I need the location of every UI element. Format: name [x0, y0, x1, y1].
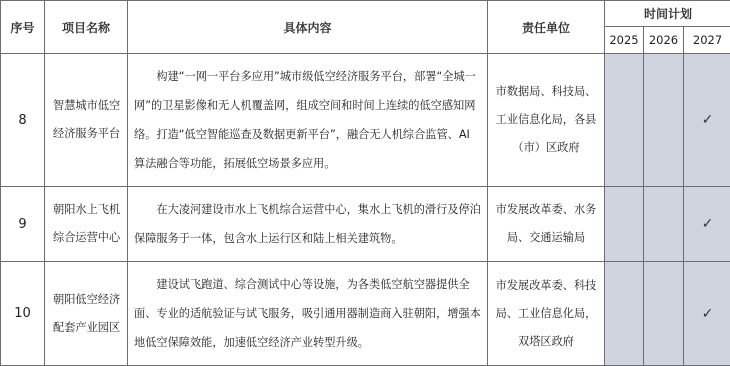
project-name: 朝阳水上飞机 综合运营中心 — [45, 187, 128, 262]
schedule-2026 — [644, 262, 684, 366]
header-schedule: 时间计划 — [605, 1, 730, 27]
header-content: 具体内容 — [128, 1, 488, 54]
content-text: 在大凌河建设市水上飞机综合运营中心，集水上飞机的滑行及停泊保障服务于一体，包含水… — [134, 195, 481, 253]
schedule-2026 — [644, 54, 684, 187]
checkmark-icon: ✓ — [684, 262, 730, 366]
project-name-line: 朝阳水上飞机 — [53, 196, 127, 224]
checkmark-icon: ✓ — [684, 187, 730, 262]
header-year-2027: 2027 — [684, 27, 730, 54]
project-name-line: 经济服务平台 — [53, 120, 127, 148]
table-row: 8 智慧城市低空 经济服务平台 构建“一网一平台多应用”城市级低空经济服务平台，… — [1, 54, 730, 187]
responsible-unit: 市发展改革委、科技局、工业信息化局，双塔区政府 — [488, 262, 605, 366]
content-text: 构建“一网一平台多应用”城市级低空经济服务平台，部署“全城一网”的卫星影像和无人… — [134, 62, 481, 178]
header-year-2025: 2025 — [605, 27, 644, 54]
header-name: 项目名称 — [45, 1, 128, 54]
project-name-line: 配套产业园区 — [53, 314, 127, 342]
project-name-line: 智慧城市低空 — [53, 92, 127, 120]
project-content: 在大凌河建设市水上飞机综合运营中心，集水上飞机的滑行及停泊保障服务于一体，包含水… — [128, 187, 488, 262]
schedule-2025 — [605, 262, 644, 366]
row-index: 9 — [1, 187, 45, 262]
row-index: 10 — [1, 262, 45, 366]
content-text: 建设试飞跑道、综合测试中心等设施，为各类低空航空器提供全面、专业的适航验证与试飞… — [134, 270, 481, 357]
row-index: 8 — [1, 54, 45, 187]
project-content: 建设试飞跑道、综合测试中心等设施，为各类低空航空器提供全面、专业的适航验证与试飞… — [128, 262, 488, 366]
schedule-2025 — [605, 187, 644, 262]
schedule-2026 — [644, 187, 684, 262]
project-plan-table: 序号 项目名称 具体内容 责任单位 时间计划 2025 2026 2027 8 … — [0, 0, 730, 366]
header-year-2026: 2026 — [644, 27, 684, 54]
table-row: 10 朝阳低空经济 配套产业园区 建设试飞跑道、综合测试中心等设施，为各类低空航… — [1, 262, 730, 366]
responsible-unit: 市发展改革委、水务局、交通运输局 — [488, 187, 605, 262]
header-unit: 责任单位 — [488, 1, 605, 54]
header-index: 序号 — [1, 1, 45, 54]
project-name: 朝阳低空经济 配套产业园区 — [45, 262, 128, 366]
responsible-unit: 市数据局、科技局、工业信息化局，各县（市）区政府 — [488, 54, 605, 187]
checkmark-icon: ✓ — [684, 54, 730, 187]
project-content: 构建“一网一平台多应用”城市级低空经济服务平台，部署“全城一网”的卫星影像和无人… — [128, 54, 488, 187]
project-name: 智慧城市低空 经济服务平台 — [45, 54, 128, 187]
table-row: 9 朝阳水上飞机 综合运营中心 在大凌河建设市水上飞机综合运营中心，集水上飞机的… — [1, 187, 730, 262]
project-name-line: 综合运营中心 — [53, 224, 127, 252]
schedule-2025 — [605, 54, 644, 187]
project-name-line: 朝阳低空经济 — [53, 286, 127, 314]
